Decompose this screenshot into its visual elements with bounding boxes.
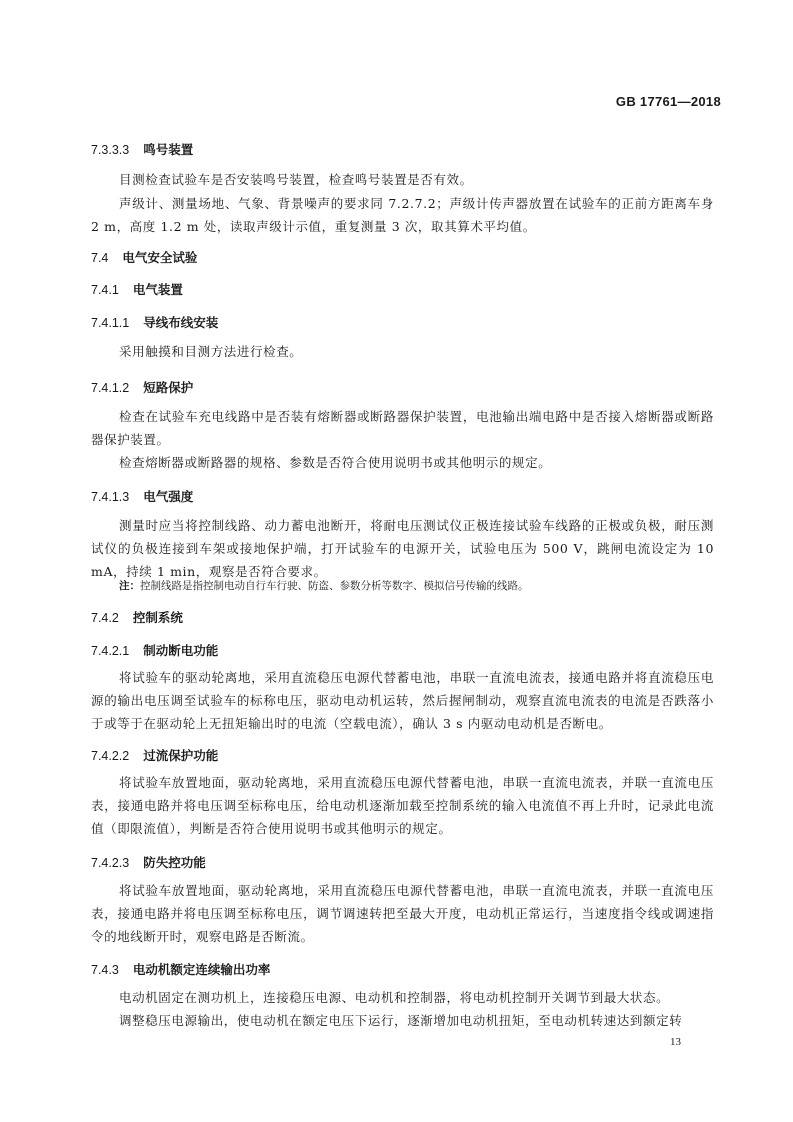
- page-number: 13: [670, 1036, 681, 1048]
- note-text: 控制线路是指控制电动自行车行驶、防盗、参数分析等数字、模拟信号传输的线路。: [140, 580, 529, 592]
- paragraph: 将试验车放置地面，驱动轮离地，采用直流稳压电源代替蓄电池，串联一直流电流表，并联…: [91, 879, 714, 948]
- paragraph: 测量时应当将控制线路、动力蓄电池断开，将耐电压测试仪正极连接试验车线路的正极或负…: [91, 514, 714, 583]
- section-heading: 7.4.2控制系统: [91, 608, 183, 626]
- paragraph: 声级计、测量场地、气象、背景噪声的要求同 7.2.7.2；声级计传声器放置在试验…: [91, 192, 714, 238]
- section-heading: 7.4.1.2短路保护: [91, 378, 193, 396]
- section-heading: 7.4电气安全试验: [91, 248, 197, 266]
- section-heading: 7.4.2.3防失控功能: [91, 853, 206, 871]
- paragraph: 目测检查试验车是否安装鸣号装置，检查鸣号装置是否有效。: [91, 168, 714, 191]
- paragraph: 调整稳压电源输出，使电动机在额定电压下运行，逐渐增加电动机扭矩，至电动机转速达到…: [91, 1009, 714, 1032]
- paragraph: 采用触摸和目测方法进行检查。: [91, 340, 714, 363]
- standard-id-header: GB 17761—2018: [616, 94, 721, 109]
- section-heading: 7.4.2.2过流保护功能: [91, 746, 218, 764]
- section-heading: 7.4.1.3电气强度: [91, 487, 193, 505]
- paragraph: 电动机固定在测功机上，连接稳压电源、电动机和控制器，将电动机控制开关调节到最大状…: [91, 986, 714, 1009]
- section-heading: 7.4.1电气装置: [91, 280, 183, 298]
- section-heading: 7.3.3.3鸣号装置: [91, 140, 193, 158]
- section-heading: 7.4.2.1制动断电功能: [91, 641, 218, 659]
- note: 注：控制线路是指控制电动自行车行驶、防盗、参数分析等数字、模拟信号传输的线路。: [119, 578, 529, 593]
- paragraph: 将试验车放置地面，驱动轮离地，采用直流稳压电源代替蓄电池，串联一直流电流表，并联…: [91, 771, 714, 840]
- section-heading: 7.4.1.1导线布线安装: [91, 313, 218, 331]
- paragraph: 检查在试验车充电线路中是否装有熔断器或断路器保护装置，电池输出端电路中是否接入熔…: [91, 405, 714, 451]
- section-heading: 7.4.3电动机额定连续输出功率: [91, 960, 270, 978]
- paragraph: 将试验车的驱动轮离地，采用直流稳压电源代替蓄电池，串联一直流电流表，接通电路并将…: [91, 666, 714, 735]
- note-label: 注：: [119, 580, 140, 592]
- paragraph: 检查熔断器或断路器的规格、参数是否符合使用说明书或其他明示的规定。: [91, 451, 714, 474]
